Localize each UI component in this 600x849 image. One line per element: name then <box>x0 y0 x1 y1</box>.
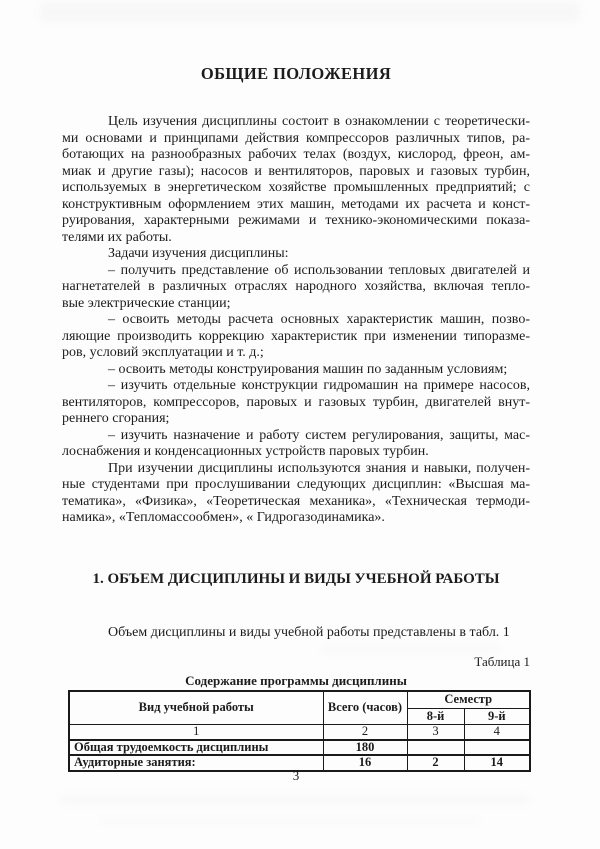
header-semester-9: 9-й <box>464 708 530 725</box>
text-line: – освоить методы расчета основных характ… <box>62 312 530 329</box>
header-semester: Семестр <box>407 691 530 708</box>
text-line: ляющие производить коррекцию характерист… <box>62 329 530 346</box>
text-line: руирования, характерными режимами и техн… <box>62 213 530 230</box>
text-line: – освоить методы конструирования машин п… <box>62 362 530 379</box>
paragraph: Задачи изучения дисциплины: <box>62 246 530 263</box>
text-line: конструктивным оформлением этих машин, м… <box>62 197 530 214</box>
page-number: 3 <box>62 768 530 784</box>
text-line: Задачи изучения дисциплины: <box>62 246 530 263</box>
text-line: тематика», «Физика», «Теоретическая меха… <box>62 494 530 511</box>
page-title: ОБЩИЕ ПОЛОЖЕНИЯ <box>62 64 530 84</box>
paragraph: – освоить методы расчета основных характ… <box>62 312 530 362</box>
text-line: ми основами и принципами действия компре… <box>62 131 530 148</box>
scan-artifact <box>40 2 580 22</box>
text-line: Цель изучения дисциплины состоит в ознак… <box>62 114 530 131</box>
table-title: Содержание программы дисциплины <box>62 673 530 689</box>
column-number: 2 <box>323 725 407 740</box>
text-line: При изучении дисциплины используются зна… <box>62 461 530 478</box>
text-line: ров, условий эксплуатации и т. д.; <box>62 345 530 362</box>
column-number: 1 <box>69 725 323 740</box>
text-line: телями их работы. <box>62 230 530 247</box>
text-line: миак и другие газы); насосов и вентилято… <box>62 164 530 181</box>
text-line: вые электрические станции; <box>62 296 530 313</box>
table-reference-label: Таблица 1 <box>62 654 530 670</box>
body-text: Цель изучения дисциплины состоит в ознак… <box>62 114 530 527</box>
section-1-intro: Объем дисциплины и виды учебной работы п… <box>62 625 530 641</box>
row-total: 180 <box>323 740 407 756</box>
section-1-heading: 1. ОБЪЕМ ДИСЦИПЛИНЫ И ВИДЫ УЧЕБНОЙ РАБОТ… <box>62 571 530 588</box>
paragraph: – освоить методы конструирования машин п… <box>62 362 530 379</box>
column-number: 4 <box>464 725 530 740</box>
text-line: – получить представление об использовани… <box>62 263 530 280</box>
header-work-type: Вид учебной работы <box>69 691 323 725</box>
discipline-volume-table: Вид учебной работы Всего (часов) Семестр… <box>68 690 531 772</box>
table-header-row: Вид учебной работы Всего (часов) Семестр <box>69 691 530 708</box>
scan-artifact <box>60 796 530 803</box>
column-numbering-row: 1 2 3 4 <box>69 725 530 740</box>
text-line: используемых в энергетическом хозяйстве … <box>62 180 530 197</box>
text-line: реннего сгорания; <box>62 411 530 428</box>
text-line: вентиляторов, компрессоров, паровых и га… <box>62 395 530 412</box>
scan-artifact <box>320 644 500 654</box>
row-sem9 <box>464 740 530 756</box>
scan-artifact <box>100 818 480 824</box>
text-line: ботающих на разнообразных рабочих телах … <box>62 147 530 164</box>
paragraph: Цель изучения дисциплины состоит в ознак… <box>62 114 530 246</box>
column-number: 3 <box>407 725 464 740</box>
document-page: ОБЩИЕ ПОЛОЖЕНИЯ Цель изучения дисциплины… <box>0 0 600 849</box>
text-line: – изучить назначение и работу систем рег… <box>62 428 530 445</box>
paragraph: – получить представление об использовани… <box>62 263 530 313</box>
text-line: ные студентами при прослушивании следующ… <box>62 477 530 494</box>
table-row: Общая трудоемкость дисциплины 180 <box>69 740 530 756</box>
paragraph: – изучить отдельные конструкции гидромаш… <box>62 378 530 428</box>
paragraph: При изучении дисциплины используются зна… <box>62 461 530 527</box>
text-line: лоснабжения и конденсационных устройств … <box>62 444 530 461</box>
text-line: намика», «Тепломассообмен», « Гидрогазод… <box>62 510 530 527</box>
text-line: нагнетателей в различных отраслях народн… <box>62 279 530 296</box>
paragraph: – изучить назначение и работу систем рег… <box>62 428 530 461</box>
row-label: Общая трудоемкость дисциплины <box>69 740 323 756</box>
header-semester-8: 8-й <box>407 708 464 725</box>
text-line: – изучить отдельные конструкции гидромаш… <box>62 378 530 395</box>
header-total-hours: Всего (часов) <box>323 691 407 725</box>
row-sem8 <box>407 740 464 756</box>
